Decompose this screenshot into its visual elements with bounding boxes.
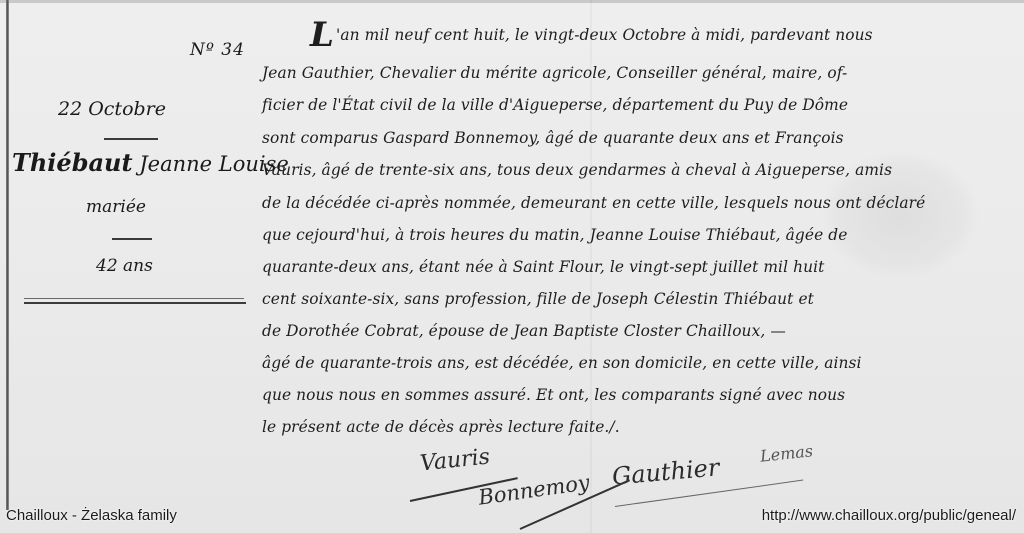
deceased-name: Thiébaut Jeanne Louise [12,148,289,177]
marital-status: mariée [86,197,146,217]
body-line-13: le présent acte de décès après lecture f… [262,418,620,436]
margin-double-rule-bottom [24,302,246,304]
body-line-7: que cejourd'hui, à trois heures du matin… [262,226,847,244]
source-url-caption: http://www.chailloux.org/public/geneal/ [762,507,1016,524]
body-line-1: L'an mil neuf cent huit, le vingt-deux O… [310,18,873,52]
deceased-age: 42 ans [96,256,153,276]
body-line-6: de la décédée ci-après nommée, demeurant… [262,194,925,212]
body-line-3: ficier de l'État civil de la ville d'Aig… [262,96,848,114]
signature-vauris: Vauris [419,444,491,476]
margin-column: Nº 34 22 Octobre Thiébaut Jeanne Louise … [0,0,255,320]
signature-gauthier: Gauthier [611,453,720,490]
body-line-4: sont comparus Gaspard Bonnemoy, âgé de q… [262,129,844,147]
margin-date: 22 Octobre [58,98,166,120]
act-number: Nº 34 [190,40,245,60]
document-scan: Nº 34 22 Octobre Thiébaut Jeanne Louise … [0,0,1024,533]
body-line-8: quarante-deux ans, étant née à Saint Flo… [262,258,824,276]
body-line-2: Jean Gauthier, Chevalier du mérite agric… [262,64,847,82]
deceased-surname: Thiébaut [12,148,133,177]
family-caption: Chailloux - Żelaska family [6,507,177,524]
body-line-9: cent soixante-six, sans profession, fill… [262,290,814,308]
margin-double-rule-top [24,298,244,299]
body-line-5: Vauris, âgé de trente-six ans, tous deux… [262,161,892,179]
body-line-10: de Dorothée Cobrat, épouse de Jean Bapti… [262,322,786,340]
body-line-11: âgé de quarante-trois ans, est décédée, … [262,354,862,372]
margin-rule-2 [112,238,152,240]
signature-lemas: Lemas [759,441,814,465]
margin-rule-1 [104,138,158,140]
drop-cap: L [310,15,334,55]
body-line-12: que nous nous en sommes assuré. Et ont, … [262,386,845,404]
